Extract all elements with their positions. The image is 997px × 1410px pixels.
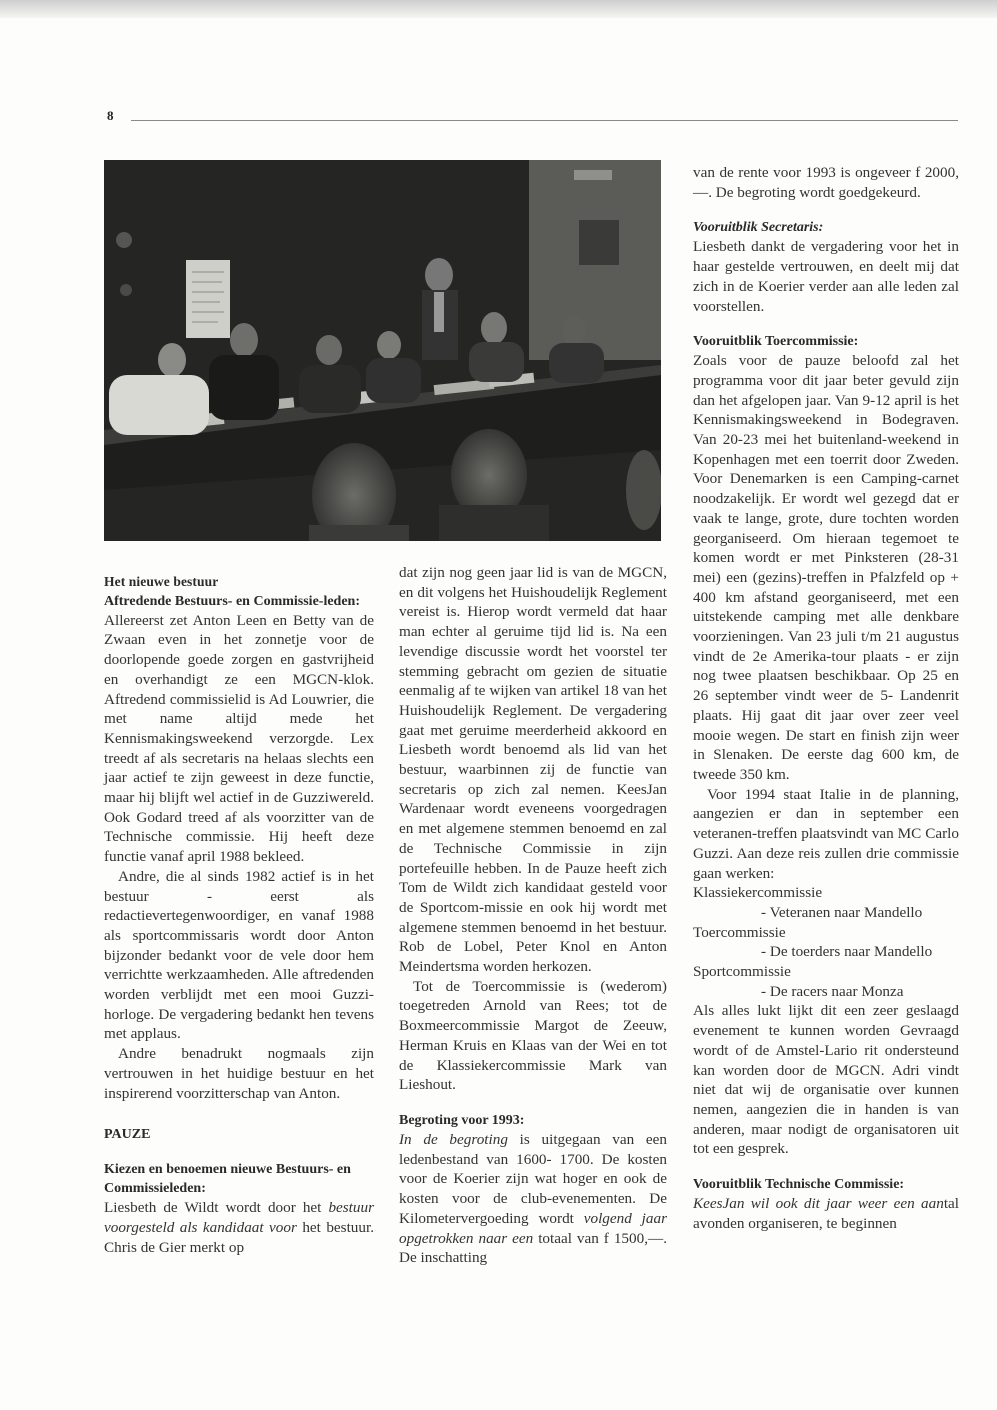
heading-technische: Vooruitblik Technische Commissie:: [693, 1175, 959, 1194]
paragraph: Andre benadrukt nogmaals zijn vertrouwen…: [104, 1044, 374, 1103]
paragraph: Andre, die al sinds 1982 actief is in he…: [104, 867, 374, 1044]
paragraph: Als alles lukt lijkt dit een zeer geslaa…: [693, 1001, 959, 1159]
list-doel: - De toerders naar Mandello: [693, 942, 959, 962]
page-number: 8: [107, 108, 114, 124]
column-left: Het nieuwe bestuur Aftredende Bestuurs- …: [104, 572, 374, 1257]
paragraph: van de rente voor 1993 is ongeveer f 200…: [693, 163, 959, 202]
list-commissie: Klassiekercommissie: [693, 883, 959, 903]
paragraph: Liesbeth dankt de vergadering voor het i…: [693, 237, 959, 316]
list-commissie: Toercommissie: [693, 923, 959, 943]
list-commissie: Sportcommissie: [693, 962, 959, 982]
paragraph: Allereerst zet Anton Leen en Betty van d…: [104, 611, 374, 867]
photo-illustration: [104, 160, 661, 541]
heading-secretaris: Vooruitblik Secretaris:: [693, 218, 959, 237]
paragraph: In de begroting is uitgegaan van een led…: [399, 1130, 667, 1268]
heading-pauze: PAUZE: [104, 1125, 374, 1144]
scan-top-band: [0, 0, 997, 18]
heading-aftredende: Aftredende Bestuurs- en Commissie-leden:: [104, 592, 374, 611]
heading-kiezen: Kiezen en benoemen nieuwe Bestuurs- en C…: [104, 1160, 374, 1198]
paragraph: Tot de Toercommissie is (wederom) toeget…: [399, 977, 667, 1095]
photo-caption: Het nieuwe bestuur: [104, 572, 374, 592]
paragraph: Voor 1994 staat Italie in de planning, a…: [693, 785, 959, 884]
column-middle: dat zijn nog geen jaar lid is van de MGC…: [399, 563, 667, 1268]
text-span: Liesbeth de Wildt wordt door het: [104, 1199, 328, 1216]
paragraph: Zoals voor de pauze beloofd zal het prog…: [693, 351, 959, 784]
paragraph: dat zijn nog geen jaar lid is van de MGC…: [399, 563, 667, 977]
paragraph: Liesbeth de Wildt wordt door het bestuur…: [104, 1198, 374, 1257]
column-right: van de rente voor 1993 is ongeveer f 200…: [693, 163, 959, 1233]
paragraph: KeesJan wil ook dit jaar weer een aantal…: [693, 1194, 959, 1233]
list-doel: - Veteranen naar Mandello: [693, 903, 959, 923]
header-rule: [131, 120, 958, 121]
heading-toercommissie: Vooruitblik Toercommissie:: [693, 332, 959, 351]
italic-text-span: In de begroting: [399, 1131, 508, 1148]
italic-text-span: KeesJan wil ook dit jaar weer een aan: [693, 1195, 944, 1212]
list-doel: - De racers naar Monza: [693, 982, 959, 1002]
heading-begroting: Begroting voor 1993:: [399, 1111, 667, 1130]
meeting-photo: [104, 160, 661, 541]
